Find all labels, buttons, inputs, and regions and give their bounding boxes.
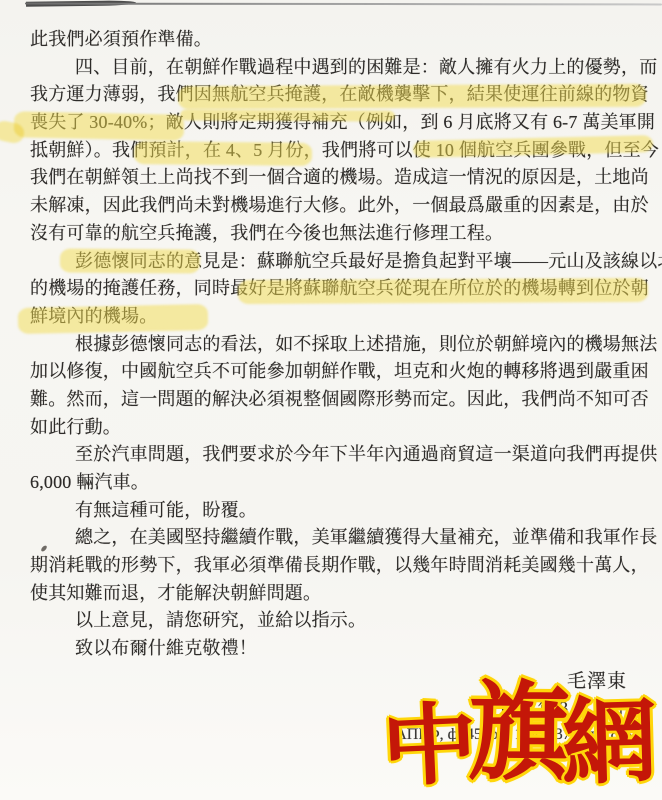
text-line: 總之，在美國堅持繼續作戰，美軍繼續獲得大量補充，並準備和我軍作長 bbox=[30, 524, 646, 552]
text-line: 鮮境內的機場。 bbox=[30, 303, 646, 331]
text-line: 彭德懷同志的意見是：蘇聯航空兵最好是擔負起對平壤——元山及該線以北 bbox=[30, 248, 646, 276]
text-line: 有無這種可能，盼覆。 bbox=[30, 497, 646, 525]
text-line: 抵朝鮮）。我們預計，在 4、5 月份，我們將可以使 10 個航空兵團參戰，但至今 bbox=[30, 137, 646, 165]
text-line: 以上意見，請您研究，並給以指示。 bbox=[30, 607, 646, 635]
text-line: 此我們必須預作準備。 bbox=[30, 26, 646, 54]
text-line: 致以布爾什維克敬禮！ bbox=[30, 635, 646, 663]
text-line: 我方運力薄弱，我們因無航空兵掩護，在敵機襲擊下，結果使運往前線的物資 bbox=[30, 81, 646, 109]
text-line: 加以修復，中國航空兵不可能參加朝鮮作戰，坦克和火炮的轉移將遇到嚴重困 bbox=[30, 358, 646, 386]
highlight-mark bbox=[0, 119, 26, 145]
watermark-character: 旗 bbox=[468, 680, 564, 788]
text-line: 期消耗戰的形勢下，我軍必須準備長期作戰，以幾年時間消耗美國幾十萬人， bbox=[30, 552, 646, 580]
text-line: 我們在朝鮮領土上尚找不到一個合適的機場。造成這一情況的原因是，土地尚 bbox=[30, 164, 646, 192]
watermark: 中旗網 bbox=[381, 683, 652, 781]
text-line: 沒有可靠的航空兵掩護，我們在今後也無法進行修理工程。 bbox=[30, 220, 646, 248]
text-line: 四、目前，在朝鮮作戰過程中遇到的困難是：敵人擁有火力上的優勢，而 bbox=[30, 54, 646, 82]
scanned-document-page: 此我們必須預作準備。四、目前，在朝鮮作戰過程中遇到的困難是：敵人擁有火力上的優勢… bbox=[0, 0, 662, 800]
text-line: 至於汽車問題，我們要求於今年下半年內通過商貿這一渠道向我們再提供 bbox=[30, 441, 646, 469]
text-line: 未解凍，因此我們尚未對機場進行大修。此外，一個最爲嚴重的因素是，由於 bbox=[30, 192, 646, 220]
watermark-character: 網 bbox=[560, 695, 652, 791]
text-line: 6,000 輛汽車。 bbox=[30, 469, 646, 497]
text-line: 根據彭德懷同志的看法，如不採取上述措施，則位於朝鮮境內的機場無法 bbox=[30, 331, 646, 359]
text-line: 如此行動。 bbox=[30, 414, 646, 442]
text-line: 的機場的掩護任務，同時最好是將蘇聯航空兵從現在所位於的機場轉到位於朝 bbox=[30, 275, 646, 303]
text-line: 使其知難而退，才能解決朝鮮問題。 bbox=[30, 580, 646, 608]
watermark-character: 中 bbox=[380, 701, 474, 793]
text-line: 喪失了 30-40%；敵人則將定期獲得補充（例如，到 6 月底將又有 6-7 萬… bbox=[30, 109, 646, 137]
text-line: 難。然而，這一問題的解決必須視整個國際形勢而定。因此，我們尚不知可否 bbox=[30, 386, 646, 414]
letter-body: 此我們必須預作準備。四、目前，在朝鮮作戰過程中遇到的困難是：敵人擁有火力上的優勢… bbox=[30, 26, 646, 663]
